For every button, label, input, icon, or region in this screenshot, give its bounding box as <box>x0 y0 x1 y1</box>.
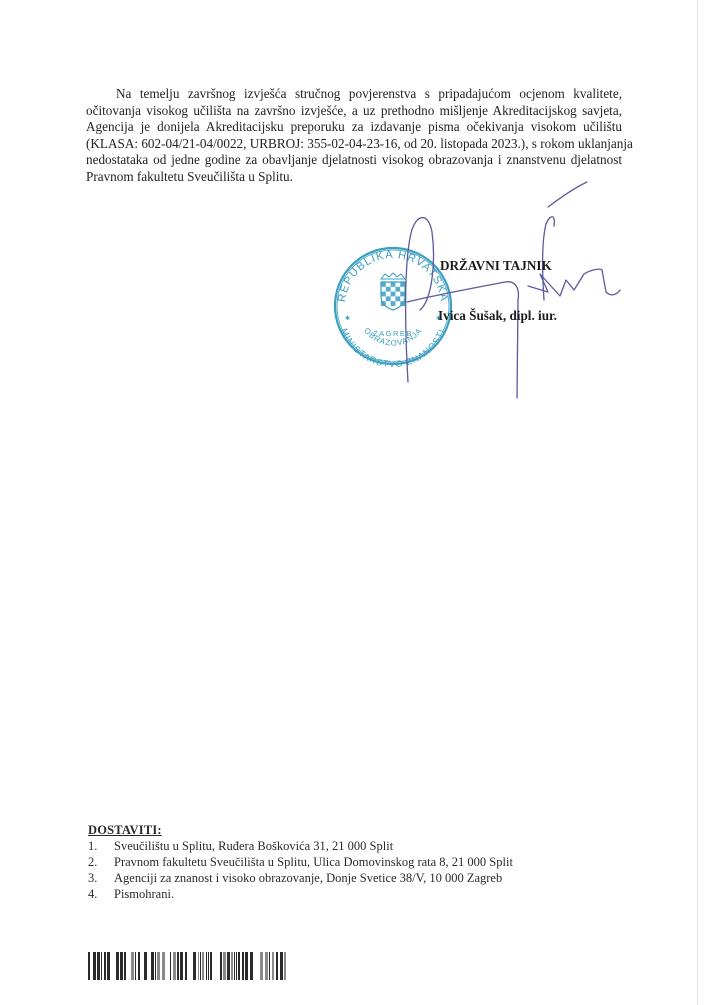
list-item-text: Pismohrani. <box>114 886 174 902</box>
list-item: 2.Pravnom fakultetu Sveučilišta u Splitu… <box>88 854 513 870</box>
signatory-name: Ivica Šušak, dipl. iur. <box>438 308 557 324</box>
list-item-number: 4. <box>88 886 114 902</box>
list-item-number: 1. <box>88 838 114 854</box>
list-item-number: 3. <box>88 870 114 886</box>
barcode <box>88 952 288 980</box>
list-item: 4.Pismohrani. <box>88 886 513 902</box>
list-item: 1.Sveučilištu u Splitu, Ruđera Boškovića… <box>88 838 513 854</box>
list-item-text: Pravnom fakultetu Sveučilišta u Splitu, … <box>114 854 513 870</box>
list-item-text: Agenciji za znanost i visoko obrazovanje… <box>114 870 502 886</box>
list-item: 3.Agenciji za znanost i visoko obrazovan… <box>88 870 513 886</box>
distribution-heading: DOSTAVITI: <box>88 822 513 838</box>
signatory-title: DRŽAVNI TAJNIK <box>440 258 552 274</box>
list-item-text: Sveučilištu u Splitu, Ruđera Boškovića 3… <box>114 838 393 854</box>
distribution-list: DOSTAVITI: 1.Sveučilištu u Splitu, Ruđer… <box>88 822 513 902</box>
list-item-number: 2. <box>88 854 114 870</box>
